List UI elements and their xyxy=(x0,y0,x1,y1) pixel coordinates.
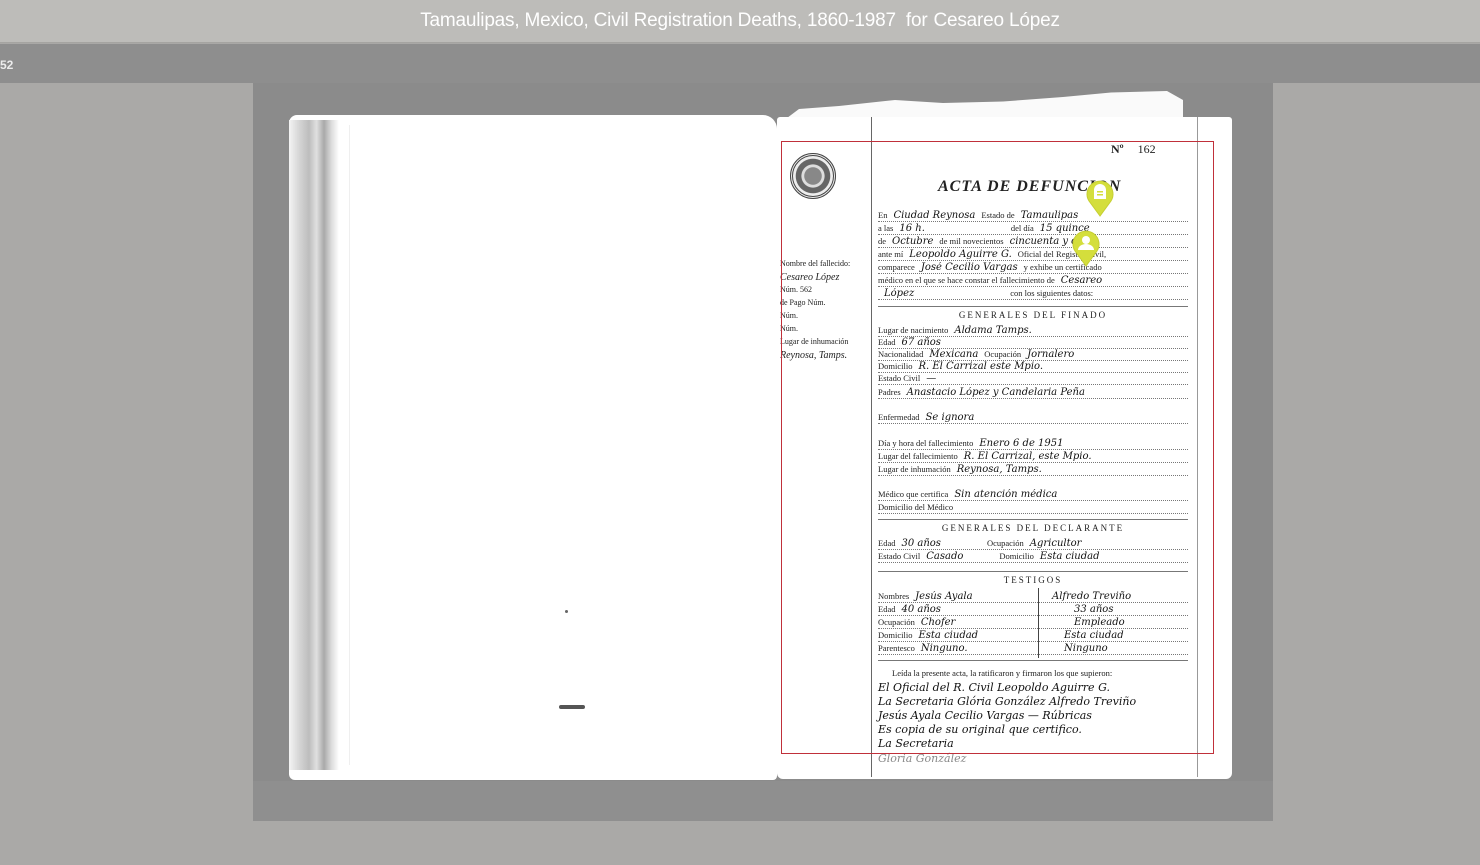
margin-inhumacion-value: Reynosa, Tamps. xyxy=(780,350,870,363)
finado-line: Edad67 años xyxy=(878,337,1188,349)
testigo-line: NombresJesús AyalaAlfredo Treviño xyxy=(878,591,1188,603)
testigo-line: ParentescoNinguno.Ninguno xyxy=(878,643,1188,655)
signature-line: La Secretaria Glória González Alfredo Tr… xyxy=(878,695,1136,708)
section-finado-heading: GENERALES DEL FINADO xyxy=(878,306,1188,320)
collection-title: Tamaulipas, Mexico, Civil Registration D… xyxy=(420,10,896,32)
closing-rule xyxy=(878,660,1188,661)
fallecimiento-line: Lugar del fallecimientoR. El Carrizal, e… xyxy=(878,451,1188,463)
gravestone-pin-icon[interactable] xyxy=(1085,179,1115,217)
margin-nombre-label: Nombre del fallecido: xyxy=(780,259,870,272)
margin-pago: de Pago Núm. xyxy=(780,298,870,311)
margin-num: Núm. 562 xyxy=(780,285,870,298)
signature-line: El Oficial del R. Civil Leopoldo Aguirre… xyxy=(878,681,1110,694)
section-testigos-heading: TESTIGOS xyxy=(878,571,1188,585)
intro-line: ante míLeopoldo Aguirre G.Oficial del Re… xyxy=(878,249,1188,261)
signature-line: Gloria González xyxy=(878,752,966,765)
number-value: 162 xyxy=(1138,142,1156,156)
margin-inhumacion-label: Lugar de inhumación xyxy=(780,337,870,350)
section-declarante-heading: GENERALES DEL DECLARANTE xyxy=(878,519,1188,533)
finado-line: PadresAnastacio López y Candelaria Peña xyxy=(878,387,1188,399)
intro-line: compareceJosé Cecilio Vargasy exhibe un … xyxy=(878,262,1188,274)
declarante-line: Estado CivilCasadoDomicilioEsta ciudad xyxy=(878,551,1188,563)
intro-line: deOctubrede mil novecientoscincuenta y d… xyxy=(878,236,1188,248)
fallecimiento-line: Domicilio del Médico xyxy=(878,502,1188,514)
testigo-line: DomicilioEsta ciudadEsta ciudad xyxy=(878,630,1188,642)
finado-line: Estado Civil— xyxy=(878,373,1188,385)
intro-line: EnCiudad ReynosaEstado deTamaulipas xyxy=(878,210,1188,222)
intro-line: médico en el que se hace constar el fall… xyxy=(878,275,1188,287)
finado-line: EnfermedadSe ignora xyxy=(878,412,1188,424)
fallecimiento-line: Médico que certificaSin atención médica xyxy=(878,489,1188,501)
record-image[interactable]: Nombre del fallecido: Cesareo López Núm.… xyxy=(253,83,1273,821)
signature-line: Jesús Ayala Cecilio Vargas — Rúbricas xyxy=(878,709,1092,722)
margin-rule xyxy=(871,117,872,777)
finado-line: NacionalidadMexicanaOcupaciónJornalero xyxy=(878,349,1188,361)
intro-line: a las16 h.del día15 quince xyxy=(878,223,1188,235)
signature-line: La Secretaria xyxy=(878,737,954,750)
for-label: for xyxy=(906,10,928,32)
signature-line: Es copia de su original que certifico. xyxy=(878,723,1082,736)
margin-num2: Núm. xyxy=(780,311,870,324)
declarante-line: Edad30 añosOcupaciónAgricultor xyxy=(878,538,1188,550)
intro-line: Lópezcon los siguientes datos: xyxy=(878,288,1188,300)
ink-smudge xyxy=(559,705,585,709)
fallecimiento-line: Lugar de inhumaciónReynosa, Tamps. xyxy=(878,464,1188,476)
person-pin-icon[interactable] xyxy=(1071,229,1101,267)
testigo-line: OcupaciónChoferEmpleado xyxy=(878,617,1188,629)
fallecimiento-line: Día y hora del fallecimientoEnero 6 de 1… xyxy=(878,438,1188,450)
record-title-bar: Tamaulipas, Mexico, Civil Registration D… xyxy=(0,0,1480,43)
official-seal-icon xyxy=(790,153,836,199)
person-name[interactable]: Cesareo López xyxy=(933,10,1059,32)
number-label: Nº xyxy=(1111,142,1124,156)
certificate-number: Nº162 xyxy=(1111,142,1156,157)
finado-line: Lugar de nacimientoAldama Tamps. xyxy=(878,325,1188,337)
closing-statement: Leída la presente acta, la ratificaron y… xyxy=(892,668,1112,678)
scan-bottom-band xyxy=(253,781,1273,821)
page-fold-line xyxy=(349,125,350,765)
page-mark xyxy=(565,610,568,613)
right-rule xyxy=(1197,117,1198,777)
margin-nombre-value: Cesareo López xyxy=(780,272,870,285)
testigo-line: Edad40 años33 años xyxy=(878,604,1188,616)
margin-notes: Nombre del fallecido: Cesareo López Núm.… xyxy=(780,259,870,363)
margin-num3: Núm. xyxy=(780,324,870,337)
left-page xyxy=(289,115,777,780)
finado-line: DomicilioR. El Carrizal este Mpio. xyxy=(878,361,1188,373)
viewer-toolbar: 52 xyxy=(0,44,1480,83)
image-counter: 52 xyxy=(0,58,13,72)
book-spine xyxy=(289,120,339,770)
